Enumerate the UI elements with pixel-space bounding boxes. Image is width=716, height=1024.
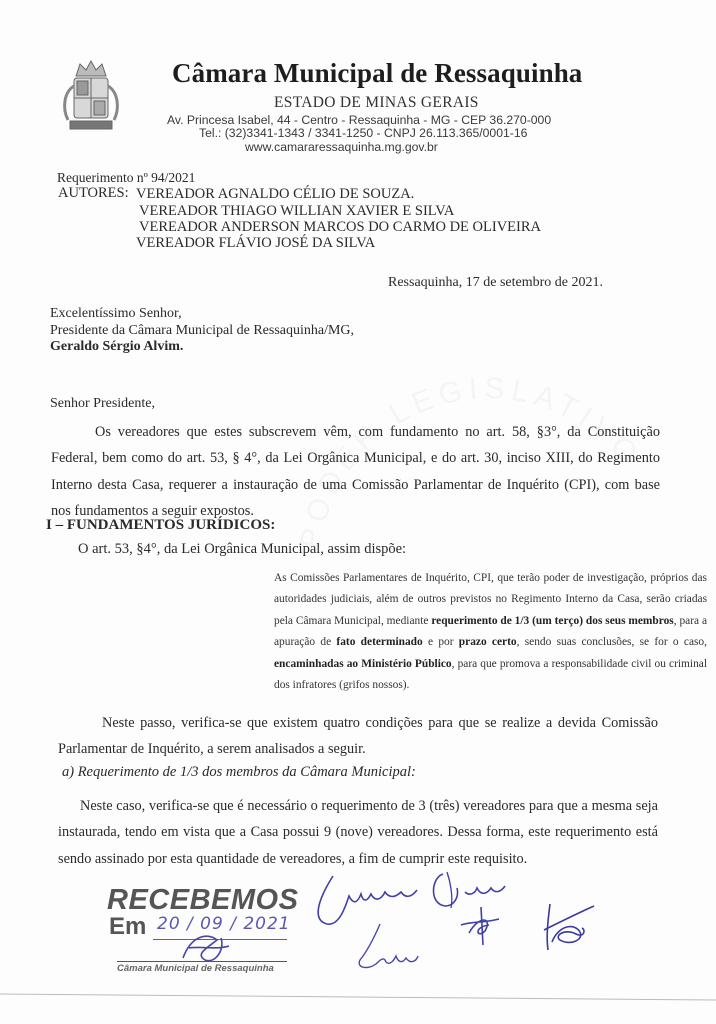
stamp-initials-signature-icon — [177, 928, 237, 968]
item-a-heading: a) Requerimento de 1/3 dos membros da Câ… — [62, 764, 416, 781]
received-stamp: RECEBEMOS Em 20 / 09 / 2021 Câmara Munic… — [107, 884, 293, 976]
stamp-rule — [117, 961, 287, 962]
chamber-website: www.camararessaquinha.mg.gov.br — [245, 140, 438, 154]
section-heading: I – FUNDAMENTOS JURÍDICOS: — [46, 517, 275, 534]
coat-of-arms-icon — [60, 58, 122, 138]
addressee-name: Geraldo Sérgio Alvim. — [50, 339, 183, 355]
quote-emphasis: prazo certo — [459, 636, 517, 648]
author-item: VEREADOR AGNALDO CÉLIO DE SOUZA. — [136, 186, 414, 203]
signature-initials-icon — [455, 905, 505, 950]
law-quote: As Comissões Parlamentares de Inquérito,… — [274, 568, 707, 696]
addressee-greeting: Excelentíssimo Senhor, — [50, 306, 182, 322]
authors-label: AUTORES: — [58, 185, 129, 202]
author-item: VEREADOR FLÁVIO JOSÉ DA SILVA — [136, 235, 375, 252]
stamp-em-label: Em — [109, 913, 146, 941]
request-number: Requerimento nº 94/2021 — [57, 170, 195, 186]
quote-emphasis: fato determinado — [336, 636, 422, 648]
stamp-footer: Câmara Municipal de Ressaquinha — [117, 963, 274, 974]
signature-flavio-icon — [350, 920, 440, 975]
quote-emphasis: encaminhadas ao Ministério Público — [274, 658, 452, 670]
quote-emphasis: requerimento de 1/3 (um terço) dos seus … — [431, 615, 673, 627]
conditions-paragraph: Neste passo, verifica-se que existem qua… — [58, 710, 658, 763]
chamber-address: Av. Princesa Isabel, 44 - Centro - Ressa… — [167, 113, 551, 127]
quote-text: e por — [423, 636, 459, 648]
date-line: Ressaquinha, 17 de setembro de 2021. — [388, 275, 603, 291]
scanned-document-page: PODER LEGISLATIVO MUNICIPAL Câmara Munic… — [0, 0, 716, 1024]
addressee-title: Presidente da Câmara Municipal de Ressaq… — [50, 323, 354, 339]
author-item: VEREADOR ANDERSON MARCOS DO CARMO DE OLI… — [139, 219, 541, 236]
chamber-title: Câmara Municipal de Ressaquinha — [172, 58, 582, 89]
author-item: VEREADOR THIAGO WILLIAN XAVIER E SILVA — [139, 203, 454, 220]
article-intro: O art. 53, §4°, da Lei Orgânica Municipa… — [78, 541, 406, 558]
item-a-text: Neste caso, verifica-se que é necessário… — [58, 798, 658, 867]
scan-edge-line — [0, 992, 716, 1002]
state-name: ESTADO DE MINAS GERAIS — [274, 94, 479, 112]
salutation: Senhor Presidente, — [50, 396, 155, 412]
item-a-paragraph: Neste caso, verifica-se que é necessário… — [58, 793, 658, 872]
intro-paragraph: Os vereadores que estes subscrevem vêm, … — [51, 419, 660, 524]
quote-text: , sendo suas conclusões, se for o caso, — [517, 636, 707, 648]
signature-scribble-icon — [540, 900, 600, 960]
chamber-contact: Tel.: (32)3341-1343 / 3341-1250 - CNPJ 2… — [199, 126, 527, 140]
